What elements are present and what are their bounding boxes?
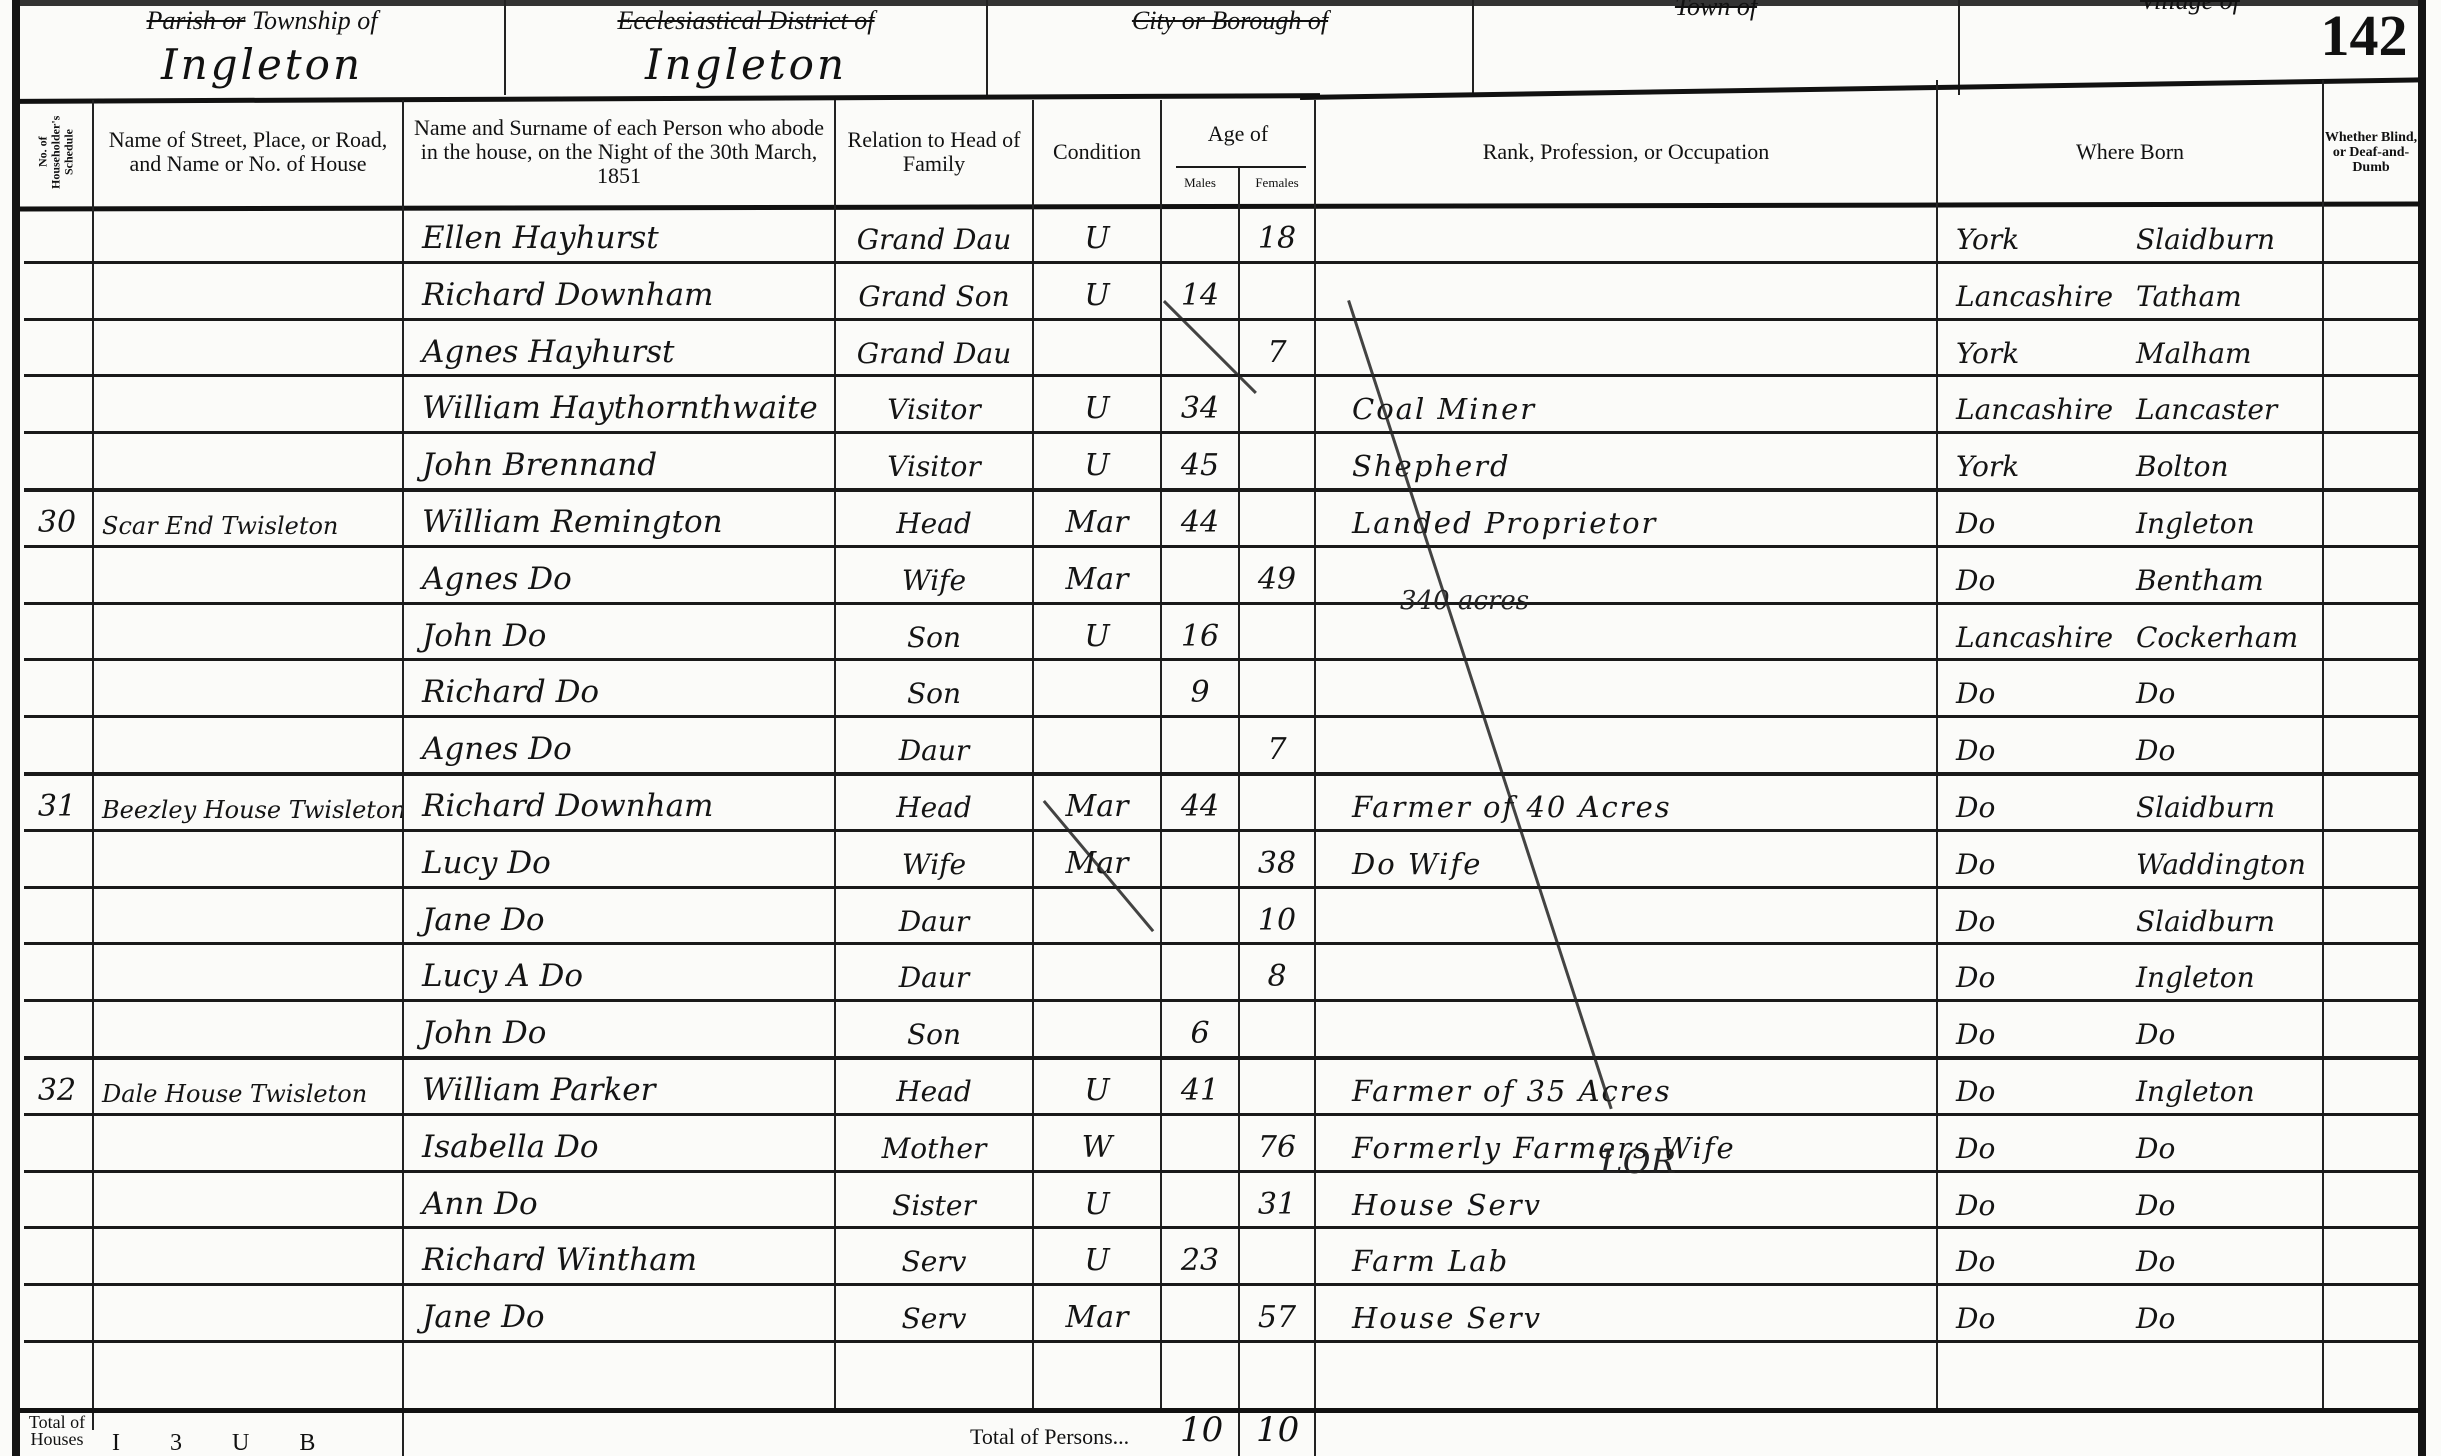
age-male-cell [1162,946,1238,1002]
relation-cell: Mother [836,1117,1032,1173]
person-name: Richard Downham [404,265,834,321]
birth-county: Do [1956,961,2136,994]
table-row: Isabella Do Mother W 76 Formerly Farmers… [0,1117,2441,1173]
row-rule [24,1170,2418,1173]
birth-county: Do [1956,848,2136,881]
address-cell: Beezley House Twisleton [94,776,402,832]
birth-county: Do [1956,791,2136,824]
blind-deaf-cell [2324,435,2418,491]
address-cell [94,833,402,889]
age-male-cell: 6 [1162,1003,1238,1059]
birth-county: Do [1956,1018,2136,1051]
table-row: Agnes Do Daur 7 DoDo [0,719,2441,775]
relation-cell: Daur [836,890,1032,946]
schedule-number [22,208,92,264]
col-header-age: Age of [1162,104,1314,164]
address-cell [94,719,402,775]
birthplace-cell: DoDo [1938,1117,2322,1173]
col-header-condition: Condition [1034,104,1160,200]
birth-place: Do [2136,1189,2175,1222]
birth-place: Ingleton [2136,1075,2255,1108]
person-name: Agnes Hayhurst [404,322,834,378]
occupation-cell: Farmer of 35 Acres [1316,1060,1936,1116]
relation-cell: Son [836,606,1032,662]
age-male-cell: 45 [1162,435,1238,491]
age-female-cell: 49 [1240,549,1314,605]
person-name: Richard Wintham [404,1230,834,1286]
person-name: Richard Downham [404,776,834,832]
birthplace-cell: DoWaddington [1938,833,2322,889]
relation-cell: Daur [836,719,1032,775]
row-rule [24,602,2418,605]
condition-cell: U [1034,265,1160,321]
birth-place: Cockerham [2136,621,2298,654]
age-male-cell: 44 [1162,776,1238,832]
row-rule [24,1226,2418,1229]
birth-county: Do [1956,677,2136,710]
address-cell [94,435,402,491]
schedule-number [22,322,92,378]
blind-deaf-cell [2324,833,2418,889]
birthplace-cell: DoBentham [1938,549,2322,605]
village-label-struck: Village of [2140,0,2240,15]
row-rule [24,1340,2418,1343]
birth-place: Do [2136,1018,2175,1051]
table-row: 30 Scar End Twisleton William Remington … [0,492,2441,548]
age-male-cell [1162,1117,1238,1173]
person-name: William Haythornthwaite [404,378,834,434]
condition-cell: U [1034,1174,1160,1230]
address-cell [94,549,402,605]
condition-cell [1034,1003,1160,1059]
row-rule [24,886,2418,889]
total-persons-label: Total of Persons... [970,1424,1129,1450]
parish-value: Ingleton [20,40,504,89]
condition-cell: U [1034,606,1160,662]
age-female-cell: 57 [1240,1287,1314,1343]
person-name: William Parker [404,1060,834,1116]
table-row: 31 Beezley House Twisleton Richard Downh… [0,776,2441,832]
person-name: Ann Do [404,1174,834,1230]
age-female-cell [1240,776,1314,832]
table-row: John Brennand Visitor U 45 Shepherd York… [0,435,2441,491]
address-cell [94,1117,402,1173]
total-houses-label: Total of Houses [24,1414,90,1448]
col-header-relation: Relation to Head of Family [836,104,1032,200]
condition-cell: Mar [1034,492,1160,548]
blind-deaf-cell [2324,662,2418,718]
person-name: Isabella Do [404,1117,834,1173]
birth-county: Do [1956,1075,2136,1108]
blind-deaf-cell [2324,492,2418,548]
age-male-cell [1162,208,1238,264]
table-row: John Do Son U 16 LancashireCockerham [0,606,2441,662]
col-header-age-females: Females [1240,168,1314,198]
birth-county: Do [1956,905,2136,938]
age-male-cell [1162,549,1238,605]
occupation-cell: House Serv [1316,1287,1936,1343]
table-row: Lucy A Do Daur 8 DoIngleton [0,946,2441,1002]
birth-county: Do [1956,1132,2136,1165]
person-name: Lucy Do [404,833,834,889]
occupation-cell [1316,946,1936,1002]
age-female-cell: 7 [1240,322,1314,378]
birthplace-cell: DoSlaidburn [1938,890,2322,946]
address-cell [94,1174,402,1230]
table-row: Lucy Do Wife Mar 38 Do Wife DoWaddington [0,833,2441,889]
birth-county: Lancashire [1956,280,2136,313]
birth-county: Do [1956,734,2136,767]
birthplace-cell: DoDo [1938,1230,2322,1286]
birthplace-cell: LancashireLancaster [1938,378,2322,434]
age-subheader-rule [1176,166,1306,168]
blind-deaf-cell [2324,1003,2418,1059]
age-female-cell: 10 [1240,890,1314,946]
address-cell [94,1230,402,1286]
occupation-cell [1316,1003,1936,1059]
schedule-number [22,435,92,491]
condition-cell: U [1034,378,1160,434]
age-male-cell [1162,833,1238,889]
birth-place: Tatham [2136,280,2242,313]
col-header-occupation: Rank, Profession, or Occupation [1316,104,1936,200]
birth-place: Waddington [2136,848,2306,881]
birthplace-cell: YorkSlaidburn [1938,208,2322,264]
schedule-number [22,265,92,321]
city-borough-field: City or Borough of [988,0,1474,95]
condition-cell [1034,322,1160,378]
relation-cell: Visitor [836,378,1032,434]
birth-county: York [1956,450,2136,483]
occupation-cell: Coal Miner [1316,378,1936,434]
relation-cell: Grand Son [836,265,1032,321]
ecclesiastical-value: Ingleton [506,40,986,89]
person-name: Jane Do [404,1287,834,1343]
relation-cell: Wife [836,833,1032,889]
age-male-cell [1162,1287,1238,1343]
birth-place: Bentham [2136,564,2264,597]
birth-place: Slaidburn [2136,223,2275,256]
schedule-number [22,833,92,889]
houses-tally: I3UB [112,1430,365,1456]
birth-county: Lancashire [1956,393,2136,426]
row-rule [24,715,2418,718]
birth-county: Do [1956,1189,2136,1222]
birthplace-cell: DoIngleton [1938,946,2322,1002]
condition-cell: Mar [1034,549,1160,605]
blind-deaf-cell [2324,1117,2418,1173]
birth-place: Bolton [2136,450,2229,483]
blind-deaf-cell [2324,1060,2418,1116]
row-rule [24,829,2418,832]
condition-cell: W [1034,1117,1160,1173]
age-male-cell: 9 [1162,662,1238,718]
address-cell [94,208,402,264]
age-female-cell: 31 [1240,1174,1314,1230]
birth-county: Do [1956,1302,2136,1335]
row-rule [24,999,2418,1002]
row-rule [24,1283,2418,1286]
condition-cell: Mar [1034,776,1160,832]
birth-place: Do [2136,1302,2175,1335]
col-header-age-males: Males [1162,168,1238,198]
age-male-cell: 16 [1162,606,1238,662]
schedule-number [22,1003,92,1059]
schedule-number [22,1230,92,1286]
birth-place: Ingleton [2136,507,2255,540]
person-name: John Do [404,606,834,662]
condition-cell [1034,719,1160,775]
table-row: Agnes Hayhurst Grand Dau 7 YorkMalham [0,322,2441,378]
occupation-cell: Do Wife [1316,833,1936,889]
row-rule [24,545,2418,548]
table-row: Richard Do Son 9 DoDo [0,662,2441,718]
birthplace-cell: DoDo [1938,662,2322,718]
table-row: Ann Do Sister U 31 House Serv DoDo [0,1174,2441,1230]
relation-cell: Son [836,662,1032,718]
age-male-cell: 44 [1162,492,1238,548]
occupation-cell [1316,890,1936,946]
row-rule [24,942,2418,945]
age-male-cell [1162,1174,1238,1230]
person-name: Lucy A Do [404,946,834,1002]
birthplace-cell: DoSlaidburn [1938,776,2322,832]
page-number: 142 [2310,2,2418,69]
table-row: William Haythornthwaite Visitor U 34 Coa… [0,378,2441,434]
condition-cell: U [1034,1230,1160,1286]
birth-county: York [1956,337,2136,370]
margin-annotation: LOR [1600,1142,1676,1182]
birth-county: York [1956,223,2136,256]
ecclesiastical-label-struck: Ecclesiastical District of [617,6,874,35]
schedule-number [22,549,92,605]
blind-deaf-cell [2324,1174,2418,1230]
table-row: John Do Son 6 DoDo [0,1003,2441,1059]
relation-cell: Head [836,1060,1032,1116]
birth-county: Do [1956,564,2136,597]
relation-cell: Serv [836,1230,1032,1286]
blind-deaf-cell [2324,890,2418,946]
town-field: Town of [1474,0,1960,95]
person-name: Richard Do [404,662,834,718]
age-male-cell: 41 [1162,1060,1238,1116]
occupation-cell: Farm Lab [1316,1230,1936,1286]
birth-place: Lancaster [2136,393,2277,426]
age-male-cell [1162,322,1238,378]
acreage-annotation: 340 acres [1400,586,1529,616]
blind-deaf-cell [2324,946,2418,1002]
birthplace-cell: DoDo [1938,1174,2322,1230]
relation-cell: Sister [836,1174,1032,1230]
address-cell: Dale House Twisleton [94,1060,402,1116]
age-female-cell: 18 [1240,208,1314,264]
address-cell [94,265,402,321]
schedule-number [22,1287,92,1343]
row-rule [24,318,2418,321]
relation-cell: Serv [836,1287,1032,1343]
age-female-cell: 7 [1240,719,1314,775]
relation-cell: Grand Dau [836,322,1032,378]
condition-cell: U [1034,208,1160,264]
schedule-number: 32 [22,1060,92,1116]
occupation-cell: Farmer of 40 Acres [1316,776,1936,832]
occupation-cell: Landed Proprietor [1316,492,1936,548]
birthplace-cell: LancashireTatham [1938,265,2322,321]
col-header-schedule: No. of Householder's Schedule [20,104,92,200]
schedule-number [22,606,92,662]
row-rule [24,431,2418,434]
blind-deaf-cell [2324,378,2418,434]
condition-cell: Mar [1034,1287,1160,1343]
person-name: Jane Do [404,890,834,946]
birthplace-cell: DoDo [1938,719,2322,775]
relation-cell: Head [836,492,1032,548]
age-female-cell [1240,1230,1314,1286]
birth-place: Slaidburn [2136,905,2275,938]
birthplace-cell: YorkMalham [1938,322,2322,378]
table-row: Agnes Do Wife Mar 49 DoBentham [0,549,2441,605]
relation-cell: Daur [836,946,1032,1002]
address-cell [94,1287,402,1343]
address-cell [94,378,402,434]
occupation-cell [1316,719,1936,775]
condition-cell: Mar [1034,833,1160,889]
occupation-cell [1316,208,1936,264]
table-row: Ellen Hayhurst Grand Dau U 18 YorkSlaidb… [0,208,2441,264]
occupation-cell [1316,322,1936,378]
relation-cell: Grand Dau [836,208,1032,264]
birth-place: Slaidburn [2136,791,2275,824]
township-label: Township of [245,6,377,35]
condition-cell [1034,946,1160,1002]
total-females: 10 [1256,1410,1299,1450]
birthplace-cell: DoDo [1938,1287,2322,1343]
parish-label-struck: Parish or [147,6,246,35]
ecclesiastical-district-field: Ecclesiastical District of Ingleton [506,0,988,95]
age-female-cell [1240,662,1314,718]
birth-place: Malham [2136,337,2252,370]
age-female-cell: 76 [1240,1117,1314,1173]
col-header-where-born: Where Born [1938,104,2322,200]
schedule-number: 31 [22,776,92,832]
age-female-cell [1240,265,1314,321]
birthplace-cell: DoDo [1938,1003,2322,1059]
address-cell [94,606,402,662]
age-female-cell: 38 [1240,833,1314,889]
person-name: William Remington [404,492,834,548]
row-rule [24,374,2418,377]
occupation-cell [1316,265,1936,321]
schedule-number [22,719,92,775]
age-female-cell [1240,1060,1314,1116]
row-rule [24,658,2418,661]
age-female-cell [1240,435,1314,491]
schedule-number [22,1117,92,1173]
table-row: Richard Downham Grand Son U 14 Lancashir… [0,265,2441,321]
age-male-cell: 23 [1162,1230,1238,1286]
blind-deaf-cell [2324,1230,2418,1286]
relation-cell: Son [836,1003,1032,1059]
blind-deaf-cell [2324,208,2418,264]
schedule-number [22,890,92,946]
row-rule [24,1113,2418,1116]
col-header-address: Name of Street, Place, or Road, and Name… [94,104,402,200]
address-cell [94,946,402,1002]
birth-county: Do [1956,507,2136,540]
age-male-cell [1162,890,1238,946]
schedule-number [22,946,92,1002]
blind-deaf-cell [2324,776,2418,832]
schedule-number: 30 [22,492,92,548]
relation-cell: Head [836,776,1032,832]
address-cell [94,322,402,378]
town-label-struck: Town of [1675,0,1757,21]
schedule-number [22,662,92,718]
birthplace-cell: DoIngleton [1938,492,2322,548]
condition-cell: U [1034,435,1160,491]
birthplace-cell: YorkBolton [1938,435,2322,491]
blind-deaf-cell [2324,549,2418,605]
schedule-number [22,378,92,434]
city-label-struck: City or Borough of [1132,6,1328,35]
birthplace-cell: DoIngleton [1938,1060,2322,1116]
birth-place: Do [2136,1245,2175,1278]
birth-county: Do [1956,1245,2136,1278]
address-cell [94,890,402,946]
age-female-cell [1240,606,1314,662]
person-name: Ellen Hayhurst [404,208,834,264]
condition-cell [1034,662,1160,718]
census-page: Parish or Township of Ingleton Ecclesias… [0,0,2441,1456]
birth-place: Ingleton [2136,961,2255,994]
birth-place: Do [2136,1132,2175,1165]
table-row: 32 Dale House Twisleton William Parker H… [0,1060,2441,1116]
blind-deaf-cell [2324,719,2418,775]
age-female-cell [1240,492,1314,548]
birth-place: Do [2136,734,2175,767]
birth-place: Do [2136,677,2175,710]
age-male-cell [1162,719,1238,775]
blind-deaf-cell [2324,1287,2418,1343]
address-cell [94,662,402,718]
blind-deaf-cell [2324,606,2418,662]
address-cell [94,1003,402,1059]
age-female-cell [1240,1003,1314,1059]
birthplace-cell: LancashireCockerham [1938,606,2322,662]
col-header-blind-deaf: Whether Blind, or Deaf-and-Dumb [2324,104,2418,200]
table-row: Richard Wintham Serv U 23 Farm Lab DoDo [0,1230,2441,1286]
birth-county: Lancashire [1956,621,2136,654]
person-name: John Do [404,1003,834,1059]
relation-cell: Visitor [836,435,1032,491]
age-female-cell: 8 [1240,946,1314,1002]
condition-cell: U [1034,1060,1160,1116]
row-rule [24,261,2418,264]
occupation-cell [1316,662,1936,718]
blind-deaf-cell [2324,265,2418,321]
address-cell: Scar End Twisleton [94,492,402,548]
person-name: John Brennand [404,435,834,491]
person-name: Agnes Do [404,719,834,775]
col-header-name: Name and Surname of each Person who abod… [404,104,834,200]
total-males: 10 [1180,1410,1223,1450]
table-row: Jane Do Serv Mar 57 House Serv DoDo [0,1287,2441,1343]
relation-cell: Wife [836,549,1032,605]
table-row: Jane Do Daur 10 DoSlaidburn [0,890,2441,946]
person-name: Agnes Do [404,549,834,605]
parish-township-field: Parish or Township of Ingleton [20,0,506,95]
schedule-number [22,1174,92,1230]
